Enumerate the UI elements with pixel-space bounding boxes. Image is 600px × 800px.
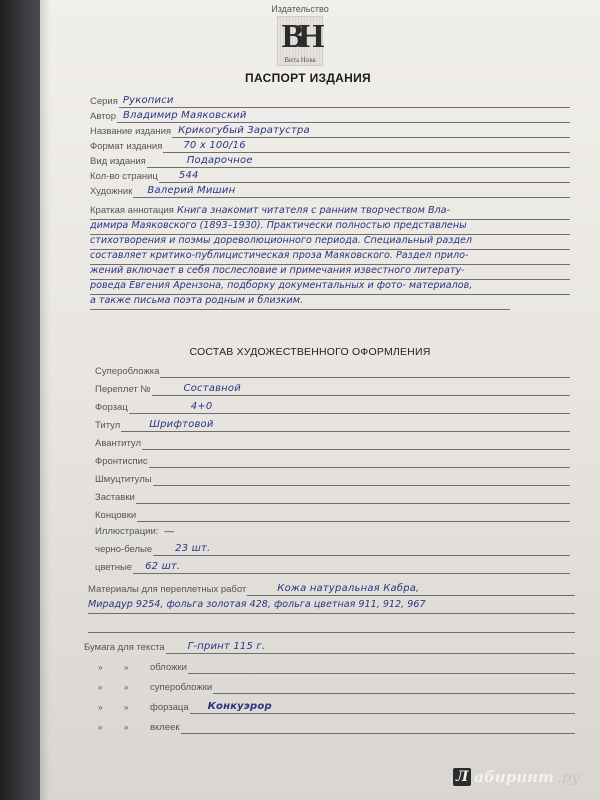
logo-letters: ВН	[278, 19, 322, 55]
annotation-line: составляет критико-публицистическая проз…	[90, 249, 570, 265]
field-paper-inserts: »» вклеек	[98, 718, 575, 734]
logo-subtitle: Вита Нова	[278, 56, 322, 64]
field-value: 544	[179, 170, 199, 181]
labirint-watermark: Л абиринт.ру	[453, 768, 580, 786]
field-value: Конкуэрор	[208, 701, 272, 712]
field-label: Форзац	[95, 402, 128, 414]
field-value: Рукописи	[123, 95, 174, 106]
watermark-tld: .ру	[557, 768, 580, 786]
page-title: ПАСПОРТ ИЗДАНИЯ	[28, 71, 588, 85]
field-label: Концовки	[95, 510, 136, 522]
field-format: Формат издания 70 x 100/16	[90, 137, 570, 153]
field-color-illustrations: цветные 62 шт.	[95, 558, 570, 574]
field-title-page: Титул Шрифтовой	[95, 416, 570, 432]
annotation-line: димира Маяковского (1893–1930). Практиче…	[90, 219, 570, 235]
field-value: 70 x 100/16	[183, 140, 245, 151]
annotation-line: а также письма поэта родным и близким.	[90, 294, 510, 310]
field-paper-endpaper: »» форзаца Конкуэрор	[98, 698, 575, 714]
annotation-line: стихотворения и поэмы дореволюционного п…	[90, 234, 570, 250]
field-label: вклеек	[150, 722, 180, 734]
field-value: —	[164, 526, 174, 538]
field-value: Составной	[184, 383, 241, 394]
section-title-artwork: СОСТАВ ХУДОЖЕСТВЕННОГО ОФОРМЛЕНИЯ	[30, 346, 590, 358]
field-value: Крикогубый Заратустра	[178, 125, 310, 136]
field-label: цветные	[95, 562, 132, 574]
field-label: форзаца	[150, 702, 189, 714]
ditto-mark: »	[124, 723, 150, 732]
watermark-text: абиринт	[474, 768, 554, 786]
field-dust-jacket: Суперобложка	[95, 362, 570, 378]
field-endpaper: Форзац 4+0	[95, 398, 570, 414]
field-value: 4+0	[191, 401, 213, 412]
field-title: Название издания Крикогубый Заратустра	[90, 122, 570, 138]
field-author: Автор Владимир Маяковский	[90, 107, 570, 123]
book-spine	[0, 0, 40, 800]
field-section-titles: Шмуцтитулы	[95, 470, 570, 486]
ditto-mark: »	[98, 683, 124, 692]
annotation-line: жений включает в себя послесловие и прим…	[90, 264, 570, 280]
publisher-label: Издательство	[240, 4, 360, 14]
field-value: Шрифтовой	[149, 419, 213, 430]
field-value: 62 шт.	[145, 561, 180, 572]
logo-emblem: ВН Вита Нова	[277, 16, 323, 66]
field-materials: Материалы для переплетных работ Кожа нат…	[88, 580, 575, 596]
field-value: 23 шт.	[175, 543, 210, 554]
ditto-mark: »	[98, 723, 124, 732]
field-label: Суперобложка	[95, 366, 159, 378]
annotation-line: Краткая аннотация Книга знакомит читател…	[90, 204, 570, 220]
field-tailpieces: Концовки	[95, 506, 570, 522]
field-value: Владимир Маяковский	[123, 110, 247, 121]
annotation-text: Книга знакомит читателя с ранним творчес…	[177, 205, 450, 216]
field-frontispiece: Фронтиспис	[95, 452, 570, 468]
field-value: Валерий Мишин	[147, 185, 235, 196]
field-artist: Художник Валерий Мишин	[90, 182, 570, 198]
field-label: суперобложки	[150, 682, 212, 694]
materials-line	[88, 617, 575, 633]
labirint-logo-icon: Л	[453, 768, 471, 786]
field-label: Иллюстрации:	[95, 526, 158, 538]
field-value: Подарочное	[187, 155, 253, 166]
field-label: Бумага для текста	[84, 642, 165, 654]
field-pages: Кол-во страниц 544	[90, 167, 570, 183]
field-label: Переплет №	[95, 384, 151, 396]
ditto-mark: »	[124, 663, 150, 672]
annotation-label: Краткая аннотация	[90, 205, 174, 216]
ditto-mark: »	[98, 703, 124, 712]
field-paper-text: Бумага для текста Г-принт 115 г.	[84, 638, 575, 654]
field-label: Шмуцтитулы	[95, 474, 152, 486]
publisher-logo: Издательство ВН Вита Нова	[240, 4, 360, 71]
field-label: Заставки	[95, 492, 135, 504]
field-series: Серия Рукописи	[90, 92, 570, 108]
field-label: черно-белые	[95, 544, 152, 556]
field-headpieces: Заставки	[95, 488, 570, 504]
field-label: Материалы для переплетных работ	[88, 584, 246, 596]
field-bw-illustrations: черно-белые 23 шт.	[95, 540, 570, 556]
field-label: обложки	[150, 662, 187, 674]
field-label: Фронтиспис	[95, 456, 148, 468]
field-paper-cover: »» обложки	[98, 658, 575, 674]
ditto-mark: »	[124, 683, 150, 692]
materials-line: Мирадур 9254, фольга золотая 428, фольга…	[88, 598, 575, 614]
field-illustrations: Иллюстрации: —	[95, 522, 570, 538]
field-label: Художник	[90, 186, 132, 198]
ditto-mark: »	[98, 663, 124, 672]
field-type: Вид издания Подарочное	[90, 152, 570, 168]
field-binding: Переплет № Составной	[95, 380, 570, 396]
field-paper-dust-jacket: »» суперобложки	[98, 678, 575, 694]
field-label: Авантитул	[95, 438, 141, 450]
ditto-mark: »	[124, 703, 150, 712]
document-page: Издательство ВН Вита Нова ПАСПОРТ ИЗДАНИ…	[40, 0, 600, 800]
field-value: Г-принт 115 г.	[188, 641, 266, 652]
annotation-line: роведа Евгения Арензона, подборку докуме…	[90, 279, 570, 295]
field-label: Титул	[95, 420, 120, 432]
field-value: Кожа натуральная Кабра,	[277, 583, 419, 594]
field-half-title: Авантитул	[95, 434, 570, 450]
